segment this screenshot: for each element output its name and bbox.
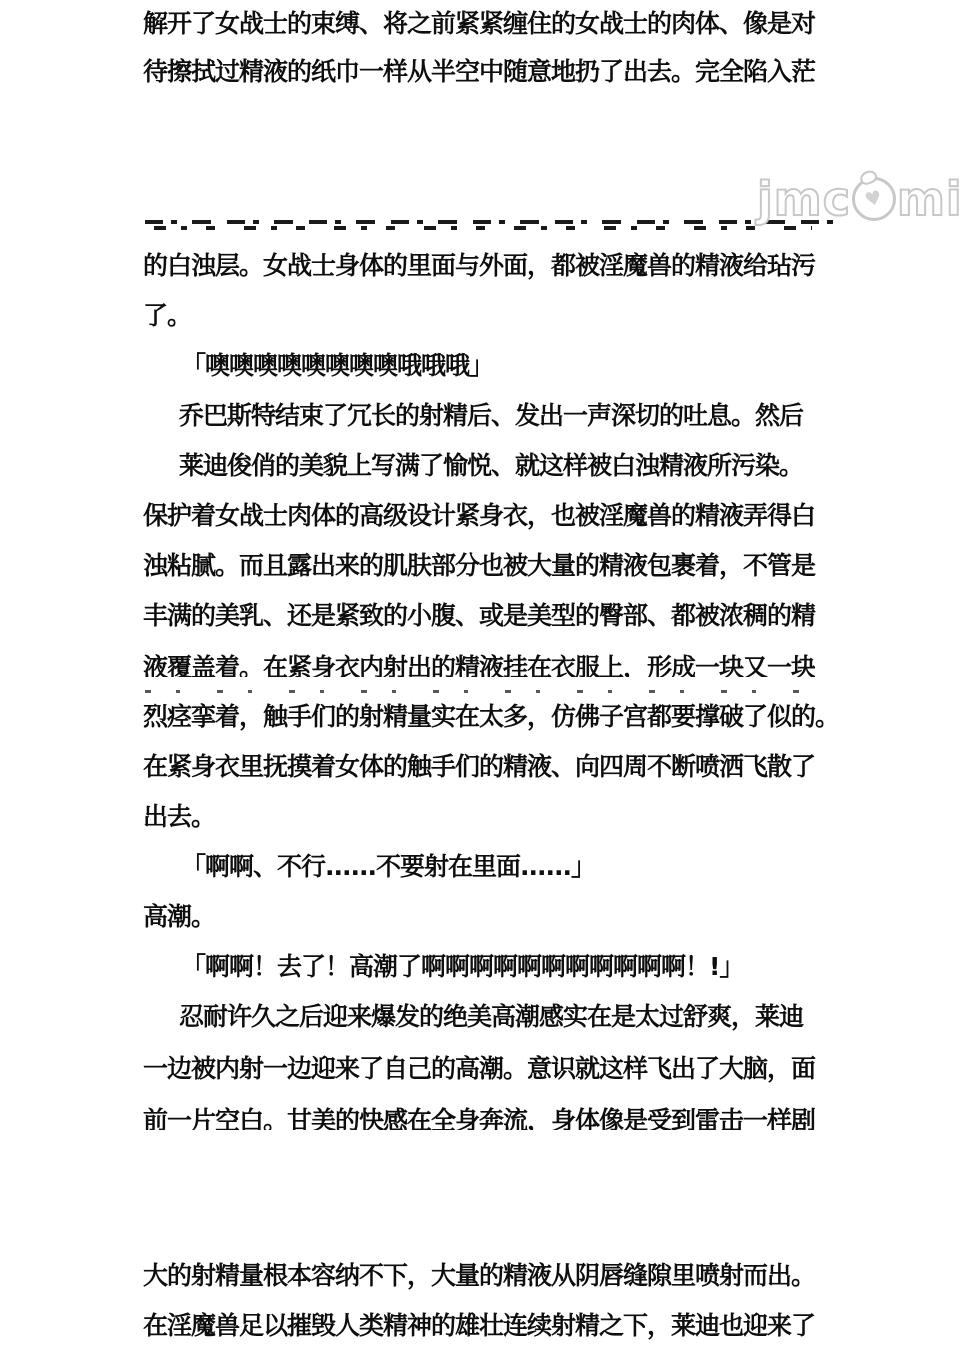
text-line: 在紧身衣里抚摸着女体的触手们的精液、向四周不断喷洒飞散了 [143, 753, 815, 780]
text-line: 高潮。 [143, 903, 215, 930]
watermark-text-prefix: jmc [757, 176, 851, 222]
text-line: 莱迪俊俏的美貌上写满了愉悦、就这样被白浊精液所污染。 [143, 452, 803, 479]
text-line: 液覆盖着。在紧身衣内射出的精液挂在衣服上，形成一块又一块 [143, 654, 815, 681]
text-line: 保护着女战士肉体的高级设计紧身衣，也被淫魔兽的精液弄得白 [143, 502, 815, 529]
text-line: 「啊啊！去了！高潮了啊啊啊啊啊啊啊啊啊啊啊！!」 [143, 953, 743, 980]
erosion-mask [140, 1130, 845, 1142]
text-line: 大的射精量根本容纳不下，大量的精液从阴唇缝隙里喷射而出。 [143, 1262, 815, 1289]
obscured-text-fragment [145, 690, 833, 694]
text-line: 忍耐许久之后迎来爆发的绝美高潮感实在是太过舒爽，莱迪 [143, 1003, 803, 1030]
text-line: 「啊啊、不行......不要射在里面......」 [143, 853, 595, 880]
manga-text-page: 解开了女战士的束缚、将之前紧紧缠住的女战士的肉体、像是对待擦拭过精液的纸巾一样从… [0, 0, 960, 1358]
heart-icon: ♥ [863, 188, 884, 211]
jmcomic-watermark: jmc ♥ mic [757, 176, 960, 222]
mascot-bow-icon [858, 168, 879, 186]
text-line: 一边被内射一边迎来了自己的高潮。意识就这样飞出了大脑，面 [143, 1055, 815, 1082]
text-line: 了。 [143, 302, 191, 329]
obscured-text-fragment [145, 220, 833, 230]
watermark-text-suffix: mic [897, 176, 960, 222]
text-line: 丰满的美乳、还是紧致的小腹、或是美型的臀部、都被浓稠的精 [143, 602, 815, 629]
text-line: 解开了女战士的束缚、将之前紧紧缠住的女战士的肉体、像是对 [143, 10, 815, 37]
text-line: 在淫魔兽足以摧毁人类精神的雄壮连续射精之下，莱迪也迎来了 [143, 1312, 815, 1339]
text-line: 「噢噢噢噢噢噢噢噢哦哦哦」 [143, 352, 493, 379]
text-line: 乔巴斯特结束了冗长的射精后、发出一声深切的吐息。然后 [143, 402, 803, 429]
erosion-mask [140, 678, 845, 683]
text-line: 浊粘腻。而且露出来的肌肤部分也被大量的精液包裹着，不管是 [143, 552, 815, 579]
text-line: 待擦拭过精液的纸巾一样从半空中随意地扔了出去。完全陷入茫 [143, 58, 815, 85]
text-line: 的白浊层。女战士身体的里面与外面，都被淫魔兽的精液给玷污 [143, 252, 815, 279]
text-line: 出去。 [143, 803, 215, 830]
jmcomic-mascot-icon: ♥ [852, 177, 896, 221]
text-line: 烈痉挛着，触手们的射精量实在太多，仿佛子宫都要撑破了似的。 [143, 703, 839, 730]
